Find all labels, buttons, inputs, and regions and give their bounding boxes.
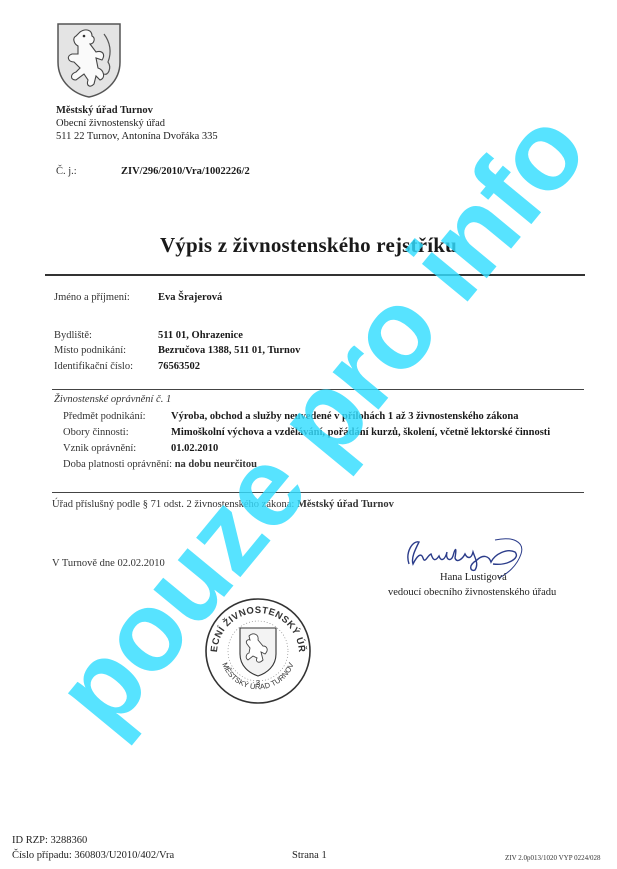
business-place-label: Místo podnikání: bbox=[54, 345, 126, 356]
official-round-stamp-icon: OBECNÍ ŽIVNOSTENSKÝ ÚŘAD MĚSTSKÝ ÚŘAD TU… bbox=[203, 596, 313, 706]
divider bbox=[45, 274, 585, 276]
page-number: Strana 1 bbox=[292, 850, 327, 861]
document-title: Výpis z živnostenského rejstříku bbox=[0, 233, 617, 258]
origin-value: 01.02.2010 bbox=[171, 443, 218, 454]
handwritten-signature-icon bbox=[395, 528, 525, 578]
validity-value: na dobu neurčitou bbox=[175, 459, 257, 470]
name-value: Eva Šrajerová bbox=[158, 292, 222, 303]
authority-label: Úřad příslušný podle § 71 odst. 2 živnos… bbox=[52, 499, 294, 510]
reference-number: ZIV/296/2010/Vra/1002226/2 bbox=[121, 166, 250, 177]
residence-value: 511 01, Ohrazenice bbox=[158, 330, 243, 341]
id-number-value: 76563502 bbox=[158, 361, 200, 372]
residence-label: Bydliště: bbox=[54, 330, 92, 341]
fields-value: Mimoškolní výchova a vzdělávání, pořádán… bbox=[171, 427, 550, 438]
office-name: Městský úřad Turnov bbox=[56, 104, 153, 118]
subject-label: Předmět podnikání: bbox=[63, 411, 146, 422]
form-code: ZIV 2.0p013/1020 VYP 0224/028 bbox=[505, 854, 601, 862]
name-label: Jméno a příjmení: bbox=[54, 292, 130, 303]
license-heading: Živnostenské oprávnění č. 1 bbox=[54, 394, 171, 405]
authority-value: Městský úřad Turnov bbox=[297, 499, 394, 510]
department-name: Obecní živnostenský úřad bbox=[56, 117, 165, 131]
case-number: Číslo případu: 360803/U2010/402/Vra bbox=[12, 850, 174, 861]
validity-row: Doba platnosti oprávnění: na dobu neurči… bbox=[63, 459, 257, 470]
divider bbox=[52, 492, 584, 493]
signatory-position: vedoucí obecního živnostenského úřadu bbox=[388, 587, 556, 598]
business-place-value: Bezručova 1388, 511 01, Turnov bbox=[158, 345, 300, 356]
id-number-label: Identifikační číslo: bbox=[54, 361, 133, 372]
validity-label: Doba platnosti oprávnění: bbox=[63, 459, 172, 470]
subject-value: Výroba, obchod a služby neuvedené v příl… bbox=[171, 411, 519, 422]
reference-label: Č. j.: bbox=[56, 166, 77, 177]
office-address: 511 22 Turnov, Antonína Dvořáka 335 bbox=[56, 130, 218, 144]
svg-text:3: 3 bbox=[256, 678, 260, 687]
authority-row: Úřad příslušný podle § 71 odst. 2 živnos… bbox=[52, 499, 394, 510]
fields-label: Obory činnosti: bbox=[63, 427, 129, 438]
rzp-id: ID RZP: 3288360 bbox=[12, 835, 87, 846]
signatory-name: Hana Lustigová bbox=[440, 572, 507, 583]
place-date: V Turnově dne 02.02.2010 bbox=[52, 558, 165, 569]
coat-of-arms-lion-icon bbox=[56, 22, 122, 98]
origin-label: Vznik oprávnění: bbox=[63, 443, 136, 454]
divider bbox=[52, 389, 584, 390]
